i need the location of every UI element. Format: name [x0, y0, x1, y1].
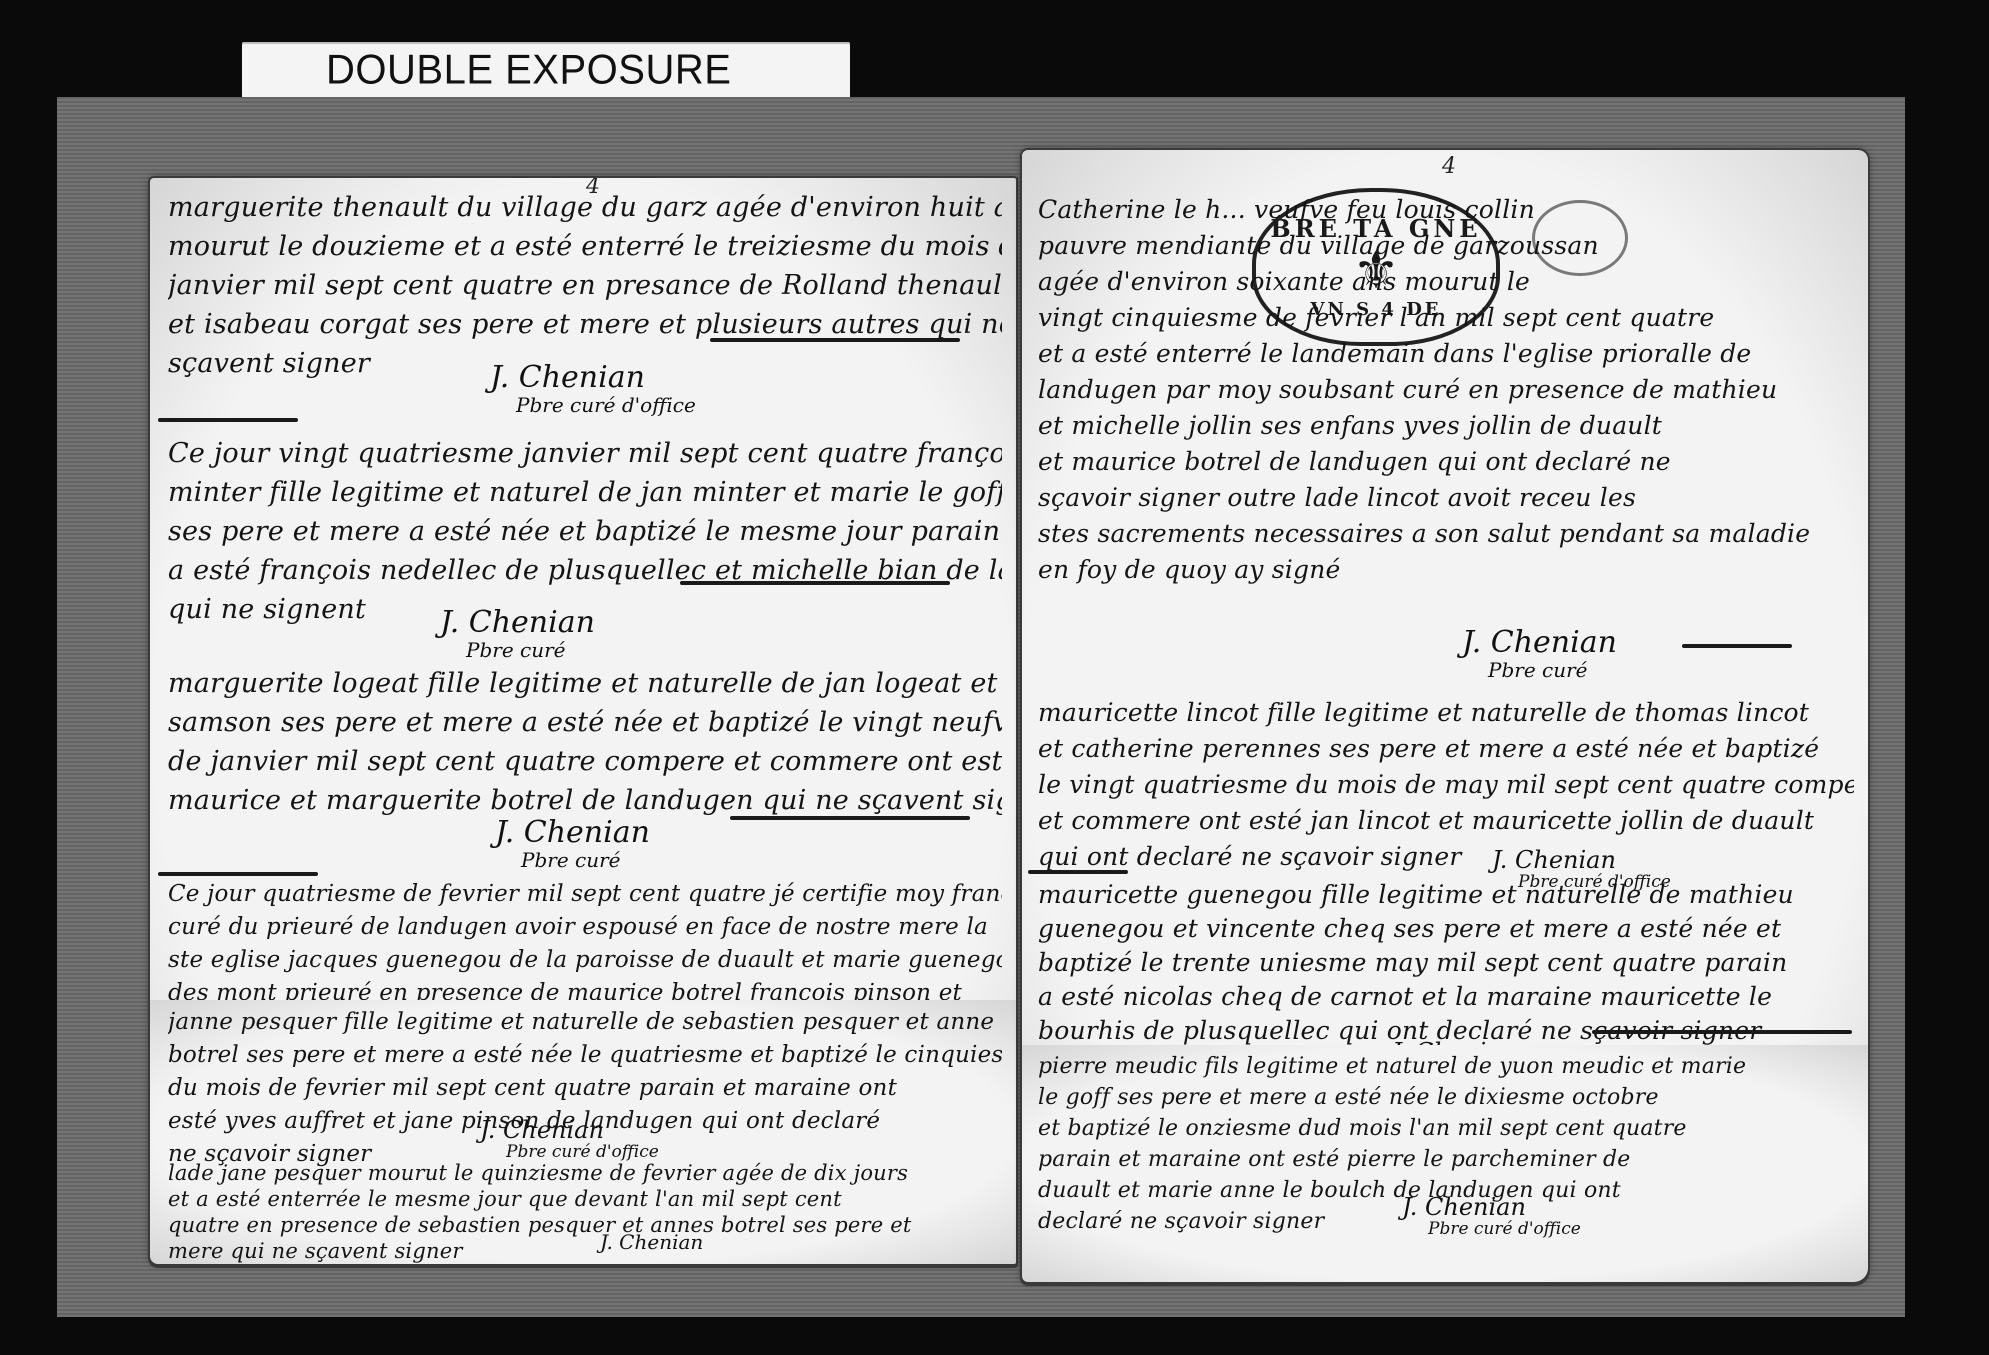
- right-page-lower: pierre meudic fils legitime et naturel d…: [1022, 1045, 1868, 1282]
- entry-line: et catherine perennes ses pere et mere a…: [1038, 731, 1854, 767]
- divider-rule: [710, 338, 960, 342]
- entry-line: landugen par moy soubsant curé en presen…: [1038, 372, 1854, 408]
- signature-title: Pbre curé: [1488, 660, 1617, 680]
- register-entry: lade jane pesquer mourut le quinziesme d…: [168, 1160, 1002, 1264]
- signature-title: Pbre curé d'office: [506, 1144, 659, 1161]
- double-exposure-label-text: DOUBLE EXPOSURE: [326, 46, 731, 93]
- priest-signature: J. Chenian Pbre curé d'office: [480, 1118, 659, 1161]
- entry-line: du mois de fevrier mil sept cent quatre …: [168, 1072, 1002, 1105]
- entry-line: lade jane pesquer mourut le quinziesme d…: [168, 1160, 1002, 1186]
- signature-title: Pbre curé: [466, 640, 595, 660]
- register-entry: Catherine le h... veufve feu louis colli…: [1038, 192, 1854, 588]
- signature-title: Pbre curé d'office: [516, 395, 696, 415]
- entry-line: a esté nicolas cheq de carnot et la mara…: [1038, 980, 1854, 1014]
- entry-line: ses pere et mere a esté née et baptizé l…: [168, 512, 1002, 551]
- divider-rule: [1682, 644, 1792, 648]
- entry-line: et commere ont esté jan lincot et mauric…: [1038, 803, 1854, 839]
- divider-rule: [730, 816, 970, 820]
- divider-rule: [158, 418, 298, 422]
- divider-rule: [1028, 870, 1128, 874]
- entry-line: mauricette lincot fille legitime et natu…: [1038, 695, 1854, 731]
- signature-title: Pbre curé: [521, 850, 650, 870]
- right-page-folio: 4: [1442, 154, 1456, 179]
- register-entry: Ce jour vingt quatriesme janvier mil sep…: [168, 434, 1002, 629]
- signature-name: J. Chenian: [480, 1118, 659, 1142]
- entry-line: guenegou et vincente cheq ses pere et me…: [1038, 912, 1854, 946]
- entry-line: curé du prieuré de landugen avoir espous…: [168, 911, 1002, 944]
- entry-line: Catherine le h... veufve feu louis colli…: [1038, 192, 1854, 228]
- entry-line: mere qui ne sçavent signer: [168, 1238, 1002, 1264]
- entry-line: baptizé le trente uniesme may mil sept c…: [1038, 946, 1854, 980]
- priest-signature: J. Chenian Pbre curé d'office: [1402, 1195, 1581, 1238]
- signature-name: J. Chenian: [495, 818, 650, 848]
- priest-signature: J. Chenian Pbre curé: [495, 818, 650, 870]
- entry-line: janne pesquer fille legitime et naturell…: [168, 1006, 1002, 1039]
- entry-line: et baptizé le onziesme dud mois l'an mil…: [1038, 1113, 1854, 1144]
- entry-line: minter fille legitime et naturel de jan …: [168, 473, 1002, 512]
- entry-line: marguerite logeat fille legitime et natu…: [168, 664, 1002, 703]
- signature-name: J. Chenian: [1462, 628, 1617, 658]
- entry-line: qui ont declaré ne sçavoir signer: [1038, 839, 1854, 875]
- signature-name: J. Chenian: [600, 1232, 703, 1252]
- signature-name: J. Chenian: [1492, 848, 1671, 872]
- left-page-lower: janne pesquer fille legitime et naturell…: [150, 1000, 1016, 1264]
- signature-name: J. Chenian: [490, 363, 696, 393]
- entry-line: janvier mil sept cent quatre en presance…: [168, 266, 1002, 305]
- divider-rule: [158, 872, 318, 876]
- signature-name: J. Chenian: [1402, 1195, 1581, 1219]
- divider-rule: [680, 581, 950, 585]
- entry-line: le goff ses pere et mere a esté née le d…: [1038, 1082, 1854, 1113]
- register-entry: mauricette lincot fille legitime et natu…: [1038, 695, 1854, 875]
- entry-line: sçavoir signer outre lade lincot avoit r…: [1038, 480, 1854, 516]
- entry-line: botrel ses pere et mere a esté née le qu…: [168, 1039, 1002, 1072]
- register-entry: mauricette guenegou fille legitime et na…: [1038, 878, 1854, 1048]
- entry-line: ste eglise jacques guenegou de la parois…: [168, 944, 1002, 977]
- priest-signature: J. Chenian Pbre curé d'office: [490, 363, 696, 415]
- entry-line: stes sacrements necessaires a son salut …: [1038, 516, 1854, 552]
- entry-line: et maurice botrel de landugen qui ont de…: [1038, 444, 1854, 480]
- priest-signature: J. Chenian: [600, 1232, 703, 1252]
- signature-name: J. Chenian: [440, 608, 595, 638]
- entry-line: samson ses pere et mere a esté née et ba…: [168, 703, 1002, 742]
- entry-line: et michelle jollin ses enfans yves jolli…: [1038, 408, 1854, 444]
- entry-line: pierre meudic fils legitime et naturel d…: [1038, 1051, 1854, 1082]
- entry-line: et a esté enterré le landemain dans l'eg…: [1038, 336, 1854, 372]
- entry-line: de janvier mil sept cent quatre compere …: [168, 742, 1002, 781]
- entry-line: le vingt quatriesme du mois de may mil s…: [1038, 767, 1854, 803]
- entry-line: pauvre mendiante du village de garzoussa…: [1038, 228, 1854, 264]
- entry-line: et a esté enterrée le mesme jour que dev…: [168, 1186, 1002, 1212]
- register-entry: marguerite logeat fille legitime et natu…: [168, 664, 1002, 820]
- entry-line: Ce jour vingt quatriesme janvier mil sep…: [168, 434, 1002, 473]
- entry-line: vingt cinquiesme de fevrier l'an mil sep…: [1038, 300, 1854, 336]
- priest-signature: J. Chenian Pbre curé: [440, 608, 595, 660]
- register-entry: marguerite thenault du village du garz a…: [168, 188, 1002, 383]
- priest-signature: J. Chenian Pbre curé: [1462, 628, 1617, 680]
- divider-rule: [1592, 1030, 1852, 1034]
- entry-line: parain et maraine ont esté pierre le par…: [1038, 1144, 1854, 1175]
- entry-line: agée d'environ soixante ans mourut le: [1038, 264, 1854, 300]
- entry-line: quatre en presence de sebastien pesquer …: [168, 1212, 1002, 1238]
- entry-line: mourut le douzieme et a esté enterré le …: [168, 227, 1002, 266]
- entry-line: mauricette guenegou fille legitime et na…: [1038, 878, 1854, 912]
- entry-line: en foy de quoy ay signé: [1038, 552, 1854, 588]
- signature-title: Pbre curé d'office: [1428, 1221, 1581, 1238]
- double-exposure-label: DOUBLE EXPOSURE: [242, 42, 850, 98]
- entry-line: Ce jour quatriesme de fevrier mil sept c…: [168, 878, 1002, 911]
- entry-line: marguerite thenault du village du garz a…: [168, 188, 1002, 227]
